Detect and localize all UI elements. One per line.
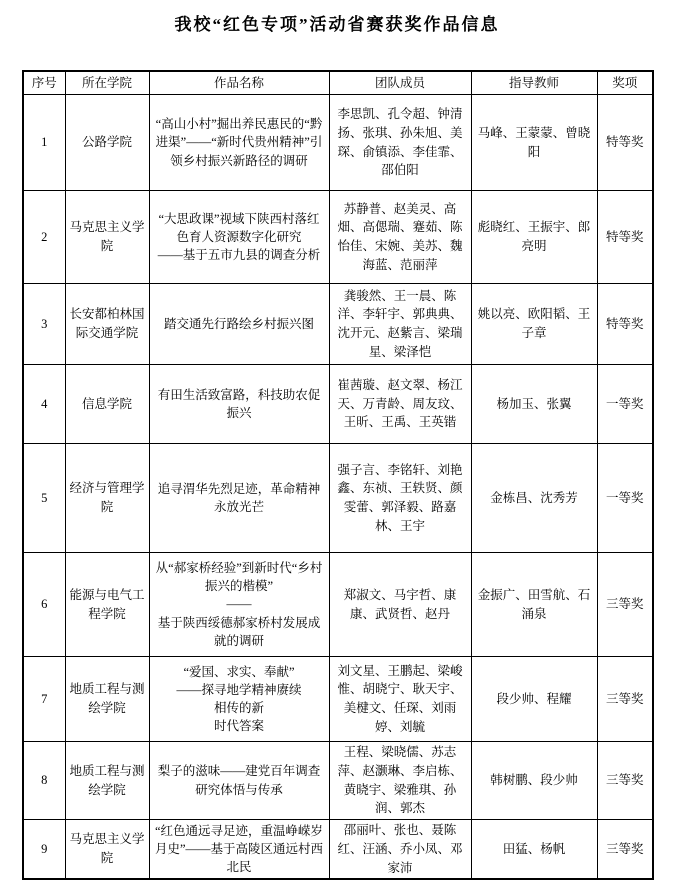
cell-college: 马克思主义学院 xyxy=(65,820,149,880)
cell-advisors: 金栋昌、沈秀芳 xyxy=(471,444,597,553)
cell-advisors: 段少帅、程耀 xyxy=(471,657,597,742)
cell-no: 4 xyxy=(23,365,65,444)
cell-work: 梨子的滋味——建党百年调查研究体悟与传承 xyxy=(149,742,329,820)
cell-advisors: 彪晓红、王振宇、郎亮明 xyxy=(471,191,597,284)
cell-no: 8 xyxy=(23,742,65,820)
cell-award: 三等奖 xyxy=(597,742,653,820)
award-table: 序号 所在学院 作品名称 团队成员 指导教师 奖项 1 公路学院 “高山小村”掘… xyxy=(22,70,654,880)
cell-advisors: 韩树鹏、段少帅 xyxy=(471,742,597,820)
table-row: 1 公路学院 “高山小村”掘出养民惠民的“黔进渠”——“新时代贵州精神”引领乡村… xyxy=(23,95,653,191)
cell-team: 强子言、李铭轩、刘艳鑫、东祯、王轶贤、颜雯蕾、郭泽毅、路嘉林、王宇 xyxy=(329,444,471,553)
cell-advisors: 杨加玉、张翼 xyxy=(471,365,597,444)
cell-no: 5 xyxy=(23,444,65,553)
cell-college: 经济与管理学院 xyxy=(65,444,149,553)
cell-work: 从“郝家桥经验”到新时代“乡村振兴的楷模” —— 基于陕西绥德郝家桥村发展成就的… xyxy=(149,553,329,657)
cell-advisors: 马峰、王蒙蒙、曾晓阳 xyxy=(471,95,597,191)
table-header-row: 序号 所在学院 作品名称 团队成员 指导教师 奖项 xyxy=(23,71,653,95)
table-row: 2 马克思主义学院 “大思政课”视域下陕西村落红色育人资源数字化研究 ——基于五… xyxy=(23,191,653,284)
cell-advisors: 金振广、田雪航、石涌泉 xyxy=(471,553,597,657)
cell-work: 踏交通先行路绘乡村振兴图 xyxy=(149,284,329,365)
header-team: 团队成员 xyxy=(329,71,471,95)
cell-team: 刘文星、王鹏起、梁峻惟、胡晓宁、耿天宇、美楗文、任琛、刘雨婷、刘毓 xyxy=(329,657,471,742)
cell-team: 邵丽叶、张也、聂陈红、汪涵、乔小凤、邓家沛 xyxy=(329,820,471,880)
cell-advisors: 田猛、杨帆 xyxy=(471,820,597,880)
cell-award: 三等奖 xyxy=(597,820,653,880)
cell-work: “爱国、求实、奉献” ——探寻地学精神赓续 相传的新 时代答案 xyxy=(149,657,329,742)
header-advisors: 指导教师 xyxy=(471,71,597,95)
cell-no: 6 xyxy=(23,553,65,657)
cell-award: 一等奖 xyxy=(597,444,653,553)
cell-work: 追寻渭华先烈足迹，革命精神永放光芒 xyxy=(149,444,329,553)
table-row: 5 经济与管理学院 追寻渭华先烈足迹，革命精神永放光芒 强子言、李铭轩、刘艳鑫、… xyxy=(23,444,653,553)
cell-award: 一等奖 xyxy=(597,365,653,444)
table-row: 4 信息学院 有田生活致富路，科技助农促振兴 崔茜璇、赵文翠、杨江天、万青龄、周… xyxy=(23,365,653,444)
table-row: 9 马克思主义学院 “红色通远寻足迹，重温峥嵘岁月史”——基于高陵区通远村西北民… xyxy=(23,820,653,880)
cell-college: 马克思主义学院 xyxy=(65,191,149,284)
cell-no: 2 xyxy=(23,191,65,284)
cell-college: 公路学院 xyxy=(65,95,149,191)
cell-college: 地质工程与测绘学院 xyxy=(65,742,149,820)
cell-college: 信息学院 xyxy=(65,365,149,444)
cell-award: 特等奖 xyxy=(597,284,653,365)
header-no: 序号 xyxy=(23,71,65,95)
cell-team: 龚骏然、王一晨、陈洋、李轩宇、郭典典、沈开元、赵紫言、梁瑞星、梁泽恺 xyxy=(329,284,471,365)
cell-team: 李思凯、孔令超、钟清扬、张琪、孙朱旭、美琛、俞镇添、李佳霏、邵伯阳 xyxy=(329,95,471,191)
cell-award: 特等奖 xyxy=(597,95,653,191)
cell-team: 苏静普、赵美灵、高畑、高偲瑞、蹇茹、陈怡佳、宋婉、美苏、魏海蓝、范丽萍 xyxy=(329,191,471,284)
table-row: 7 地质工程与测绘学院 “爱国、求实、奉献” ——探寻地学精神赓续 相传的新 时… xyxy=(23,657,653,742)
cell-team: 王程、梁晓儒、苏志萍、赵灏琳、李启栋、黄晓宇、梁雅琪、孙润、郭杰 xyxy=(329,742,471,820)
cell-team: 崔茜璇、赵文翠、杨江天、万青龄、周友玟、王昕、王禹、王英锴 xyxy=(329,365,471,444)
table-row: 8 地质工程与测绘学院 梨子的滋味——建党百年调查研究体悟与传承 王程、梁晓儒、… xyxy=(23,742,653,820)
cell-no: 9 xyxy=(23,820,65,880)
cell-work: “高山小村”掘出养民惠民的“黔进渠”——“新时代贵州精神”引领乡村振兴新路径的调… xyxy=(149,95,329,191)
cell-award: 三等奖 xyxy=(597,657,653,742)
header-college: 所在学院 xyxy=(65,71,149,95)
cell-work: “红色通远寻足迹，重温峥嵘岁月史”——基于高陵区通远村西北民 xyxy=(149,820,329,880)
cell-college: 长安都柏林国际交通学院 xyxy=(65,284,149,365)
cell-no: 3 xyxy=(23,284,65,365)
cell-college: 能源与电气工程学院 xyxy=(65,553,149,657)
cell-college: 地质工程与测绘学院 xyxy=(65,657,149,742)
header-work: 作品名称 xyxy=(149,71,329,95)
page-title: 我校“红色专项”活动省赛获奖作品信息 xyxy=(0,10,674,35)
table-row: 3 长安都柏林国际交通学院 踏交通先行路绘乡村振兴图 龚骏然、王一晨、陈洋、李轩… xyxy=(23,284,653,365)
cell-work: 有田生活致富路，科技助农促振兴 xyxy=(149,365,329,444)
cell-award: 特等奖 xyxy=(597,191,653,284)
cell-work: “大思政课”视域下陕西村落红色育人资源数字化研究 ——基于五市九县的调查分析 xyxy=(149,191,329,284)
cell-no: 7 xyxy=(23,657,65,742)
cell-advisors: 姚以亮、欧阳韬、王子章 xyxy=(471,284,597,365)
cell-award: 三等奖 xyxy=(597,553,653,657)
cell-team: 郑淑文、马宇哲、康康、武贤哲、赵丹 xyxy=(329,553,471,657)
table-row: 6 能源与电气工程学院 从“郝家桥经验”到新时代“乡村振兴的楷模” —— 基于陕… xyxy=(23,553,653,657)
document-page: 我校“红色专项”活动省赛获奖作品信息 序号 所在学院 作品名称 团队成员 指导教… xyxy=(0,0,674,888)
cell-no: 1 xyxy=(23,95,65,191)
header-award: 奖项 xyxy=(597,71,653,95)
